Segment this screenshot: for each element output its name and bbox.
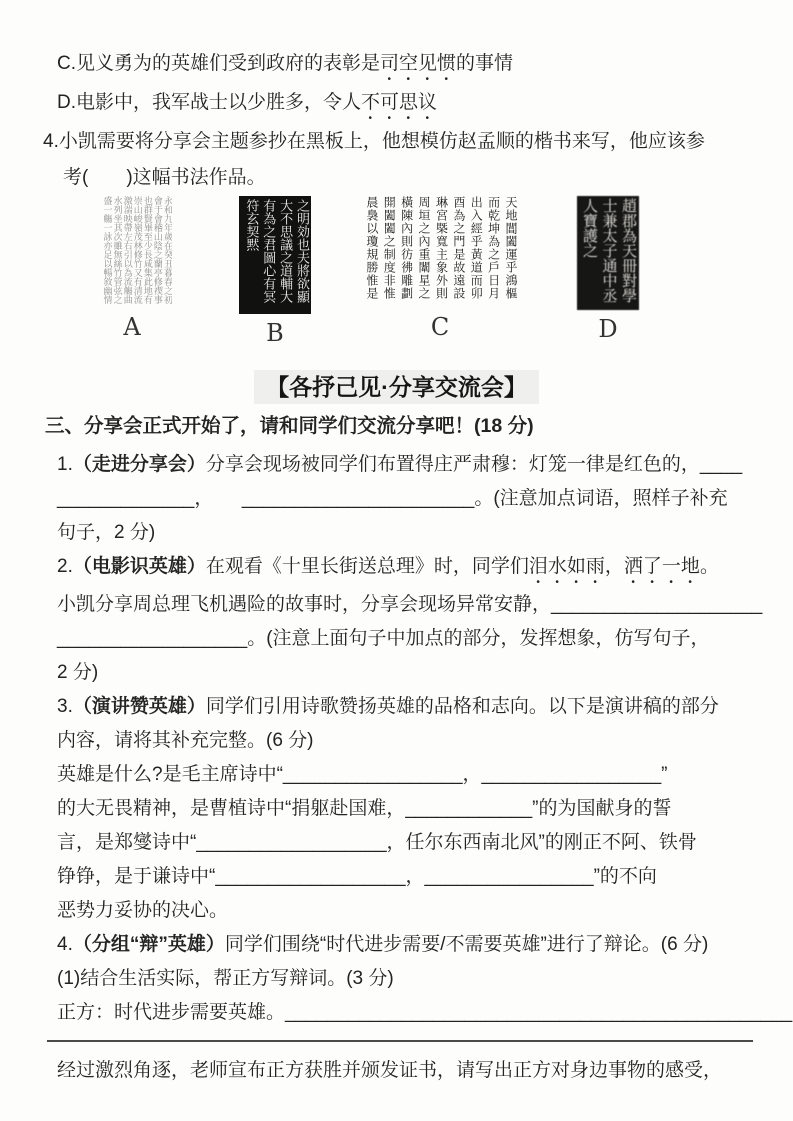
calligraphy-label-d: D xyxy=(598,317,617,341)
q3-text: 同学们引用诗歌赞扬英雄的品格和志向。以下是演讲稿的部分 xyxy=(206,696,719,717)
calligraphy-option-c: 天地閶闔運乎鴻樞而乾坤為之戶日月出入經乎黃道而卯酉為之門是故遠設琳宮槩寬主象外則… xyxy=(361,196,519,339)
section-banner-wrap: 【各抒己见·分享交流会】 xyxy=(40,370,753,404)
option-d-emphasized-word: 不可思议 xyxy=(361,92,437,113)
calligraphy-row: 永和九年歲在癸丑暮春之初會于會稽山陰之蘭亭修禊事也群賢畢至少長咸集此地有崇山峻嶺… xyxy=(57,196,753,348)
calligraphy-label-a: A xyxy=(123,315,140,339)
q2-blank-1: 小凯分享周总理飞机遇险的故事时，分享会现场异常安静，______________… xyxy=(57,594,762,615)
calligraphy-option-d: 趙郡為天冊對學士兼太子通中丞人寶護之 D xyxy=(577,196,639,341)
option-c-suffix: 的事情 xyxy=(456,53,513,74)
q4-pro-side-label: 正方：时代进步需要英雄。 xyxy=(57,1002,285,1023)
q3-line2: 内容，请将其补充完整。(6 分) xyxy=(57,724,753,758)
footer-paragraph: 经过激烈角逐，老师宣布正方获胜并颁发证书，请写出正方对身边事物的感受， xyxy=(57,1056,753,1086)
q4-line2: (1)结合生活实际，帮正方写辩词。(3 分) xyxy=(57,962,753,996)
q4-number: 4. xyxy=(57,934,73,955)
option-c-text: C.见义勇为的英雄们受到政府的表彰是 xyxy=(57,53,380,74)
q2-lead: （电影识英雄） xyxy=(73,556,206,577)
calligraphy-image-c: 天地閶闔運乎鴻樞而乾坤為之戶日月出入經乎黃道而卯酉為之門是故遠設琳宮槩寬主象外則… xyxy=(361,196,519,308)
calligraphy-option-a: 永和九年歲在癸丑暮春之初會于會稽山陰之蘭亭修禊事也群賢畢至少長咸集此地有崇山峻嶺… xyxy=(92,196,172,339)
answer-blank-rule xyxy=(47,1040,753,1042)
q3-line3: 英雄是什么?是毛主席诗中“_________________，_________… xyxy=(57,758,753,792)
q1-line2: _____________， ______________________。(注… xyxy=(57,482,753,516)
calligraphy-image-a: 永和九年歲在癸丑暮春之初會于會稽山陰之蘭亭修禊事也群賢畢至少長咸集此地有崇山峻嶺… xyxy=(92,196,172,308)
q4-text: 同学们围绕“时代进步需要/不需要英雄”进行了辩论。(6 分) xyxy=(225,934,708,955)
q2-blank-2: __________________。(注意上面句子中加点的部分，发挥想象，仿写… xyxy=(57,628,710,649)
q4-intro-line1: 4.小凯需要将分享会主题参抄在黑板上，他想模仿赵孟顺的楷书来写，他应该参 xyxy=(43,124,753,160)
q4-lead: （分组“辩”英雄） xyxy=(73,934,225,955)
q1-text: 分享会现场被同学们布置得庄严肃穆：灯笼一律是红色的，____ xyxy=(206,454,742,475)
q2-line3: __________________。(注意上面句子中加点的部分，发挥想象，仿写… xyxy=(57,622,753,656)
calligraphy-label-b: B xyxy=(266,321,284,345)
q1-lead: （走进分享会） xyxy=(73,454,206,475)
q3-line6: 铮铮，是于谦诗中“__________________，____________… xyxy=(57,860,753,894)
option-d-text: D.电影中，我军战士以少胜多，令人 xyxy=(57,92,361,113)
q3-lead: （演讲赞英雄） xyxy=(73,696,206,717)
calligraphy-label-c: C xyxy=(431,315,449,339)
q3-line7: 恶势力妥协的决心。 xyxy=(57,894,753,928)
option-c-emphasized-word: 司空见惯 xyxy=(380,53,456,74)
q3-zhengxie-quote-blank: 言，是郑燮诗中“__________________，任尔东西南北风”的刚正不阿… xyxy=(57,832,697,853)
option-c-line: C.见义勇为的英雄们受到政府的表彰是司空见惯的事情 xyxy=(57,46,753,85)
q2-line4: 2 分) xyxy=(57,656,753,690)
q3-yuqian-quote-blanks: 铮铮，是于谦诗中“__________________，____________… xyxy=(57,866,657,887)
calligraphy-image-b: 之明効也夫將欲顯大不思議之道輔大有為之君圖心有冥符玄契黙 xyxy=(239,196,311,314)
q2-text: 在观看《十里长街送总理》时，同学们 xyxy=(206,556,529,577)
q2-emphasized-phrase-2: 洒了一地 xyxy=(624,556,700,577)
section-title: 三、分享会正式开始了，请和同学们交流分享吧！(18 分) xyxy=(45,410,753,442)
q2-number: 2. xyxy=(57,556,73,577)
q4-intro-line2: 考( )这幅书法作品。 xyxy=(63,160,753,196)
q3-line5: 言，是郑燮诗中“__________________，任尔东西南北风”的刚正不阿… xyxy=(57,826,753,860)
q4-line3: 正方：时代进步需要英雄。____________________________… xyxy=(57,996,753,1030)
q1-blanks: _____________， ______________________。(注… xyxy=(57,488,728,509)
calligraphy-image-d: 趙郡為天冊對學士兼太子通中丞人寶護之 xyxy=(577,196,639,310)
q1-line3: 句子，2 分) xyxy=(57,516,753,550)
q1-number: 1. xyxy=(57,454,73,475)
q2-line1: 2.（电影识英雄）在观看《十里长街送总理》时，同学们泪水如雨，洒了一地。 xyxy=(57,550,753,588)
q4-pro-side-blank: ________________________________________… xyxy=(285,1002,792,1023)
calligraphy-option-b: 之明効也夫將欲顯大不思議之道輔大有為之君圖心有冥符玄契黙 B xyxy=(239,196,311,345)
exam-page: C.见义勇为的英雄们受到政府的表彰是司空见惯的事情 D.电影中，我军战士以少胜多… xyxy=(0,0,793,1121)
q3-line1: 3.（演讲赞英雄）同学们引用诗歌赞扬英雄的品格和志向。以下是演讲稿的部分 xyxy=(57,690,753,724)
q3-number: 3. xyxy=(57,696,73,717)
q3-mao-quote-blanks: 英雄是什么?是毛主席诗中“_________________，_________… xyxy=(57,764,668,785)
section-banner: 【各抒己见·分享交流会】 xyxy=(254,370,539,404)
q2-line2: 小凯分享周总理飞机遇险的故事时，分享会现场异常安静，______________… xyxy=(57,588,753,622)
q1-line1: 1.（走进分享会）分享会现场被同学们布置得庄严肃穆：灯笼一律是红色的，____ xyxy=(57,448,753,482)
q3-line4: 的大无畏精神，是曹植诗中“捐躯赴国难，____________”的为国献身的誓 xyxy=(57,792,753,826)
option-d-line: D.电影中，我军战士以少胜多，令人不可思议 xyxy=(57,85,753,124)
q2-emphasized-phrase-1: 泪水如雨 xyxy=(529,556,605,577)
q3-caozhi-quote-blank: 的大无畏精神，是曹植诗中“捐躯赴国难，____________”的为国献身的誓 xyxy=(57,798,671,819)
q4-line1: 4.（分组“辩”英雄）同学们围绕“时代进步需要/不需要英雄”进行了辩论。(6 分… xyxy=(57,928,753,962)
